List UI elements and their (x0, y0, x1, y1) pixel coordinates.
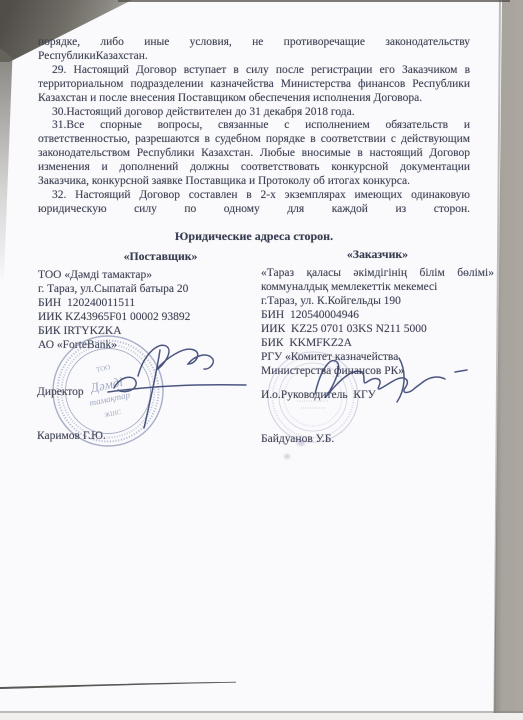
scanned-contract-page: порядке, либо иные условия, не противоре… (0, 0, 523, 720)
clause-paragraph: 31.Все спорные вопросы, связанные с испо… (38, 119, 470, 189)
supplier-stamp-suffix: ЖШС (104, 409, 122, 419)
page-left-edge-shadow (0, 48, 20, 298)
ink-speck (297, 440, 305, 446)
supplier-org-line: ТОО «Дәмді тамактар» (38, 268, 253, 282)
scan-top-edge-line (118, 0, 510, 2)
ink-speck (284, 454, 290, 459)
customer-bik-line: БИК KKMFKZ2A (261, 336, 494, 350)
supplier-signatory: Директор Каримов Г.Ю. (37, 356, 106, 472)
customer-address-line: г.Тараз, ул. К.Койгельды 190 (261, 294, 494, 308)
supplier-name: Каримов Г.Ю. (37, 429, 106, 444)
supplier-bin-line: БИН 120240011511 (38, 296, 253, 310)
supplier-bank-line: АО «ForteBank» (38, 338, 253, 352)
clause-paragraph: 32. Настоящий Договор составлен в 2-х эк… (38, 189, 470, 217)
customer-role: И.о.Руководитель КГУ (261, 388, 376, 403)
scan-artifact-line (0, 680, 240, 692)
supplier-role: Директор (37, 385, 106, 400)
scanner-background-bottom (0, 713, 523, 720)
clause-paragraph: 30.Настоящий договор действителен до 31 … (38, 106, 470, 120)
clause-paragraph: порядке, либо иные условия, не противоре… (38, 36, 470, 64)
clause-paragraph: 29. Настоящий Договор вступает в силу по… (38, 64, 470, 106)
customer-iik-line: ИИК KZ25 0701 03KS N211 5000 (261, 322, 494, 336)
supplier-block: «Поставщик» ТОО «Дәмді тамактар» г. Тара… (38, 249, 253, 352)
customer-heading: «Заказчик» (261, 247, 494, 261)
supplier-address-line: г. Тараз, ул.Сыпатай батыра 20 (38, 282, 253, 296)
supplier-iik-line: ИИК KZ43965F01 00002 93892 (38, 310, 253, 324)
supplier-bik-line: БИК IRTYKZKA (38, 324, 253, 338)
customer-org-line: «Тараз қаласы әкімдігінің білім бөлімі» (261, 266, 494, 280)
section-heading: Юридические адреса сторон. (38, 229, 470, 244)
customer-signatory: И.о.Руководитель КГУ Байдуанов У.Б. (261, 359, 376, 475)
customer-bin-line: БИН 120540004946 (261, 308, 494, 322)
contract-clauses: порядке, либо иные условия, не противоре… (38, 36, 470, 217)
customer-org-line2: коммуналдық мемлекеттік мекемесі (261, 280, 494, 294)
customer-name: Байдуанов У.Б. (261, 432, 376, 447)
supplier-heading: «Поставщик» (38, 249, 253, 263)
